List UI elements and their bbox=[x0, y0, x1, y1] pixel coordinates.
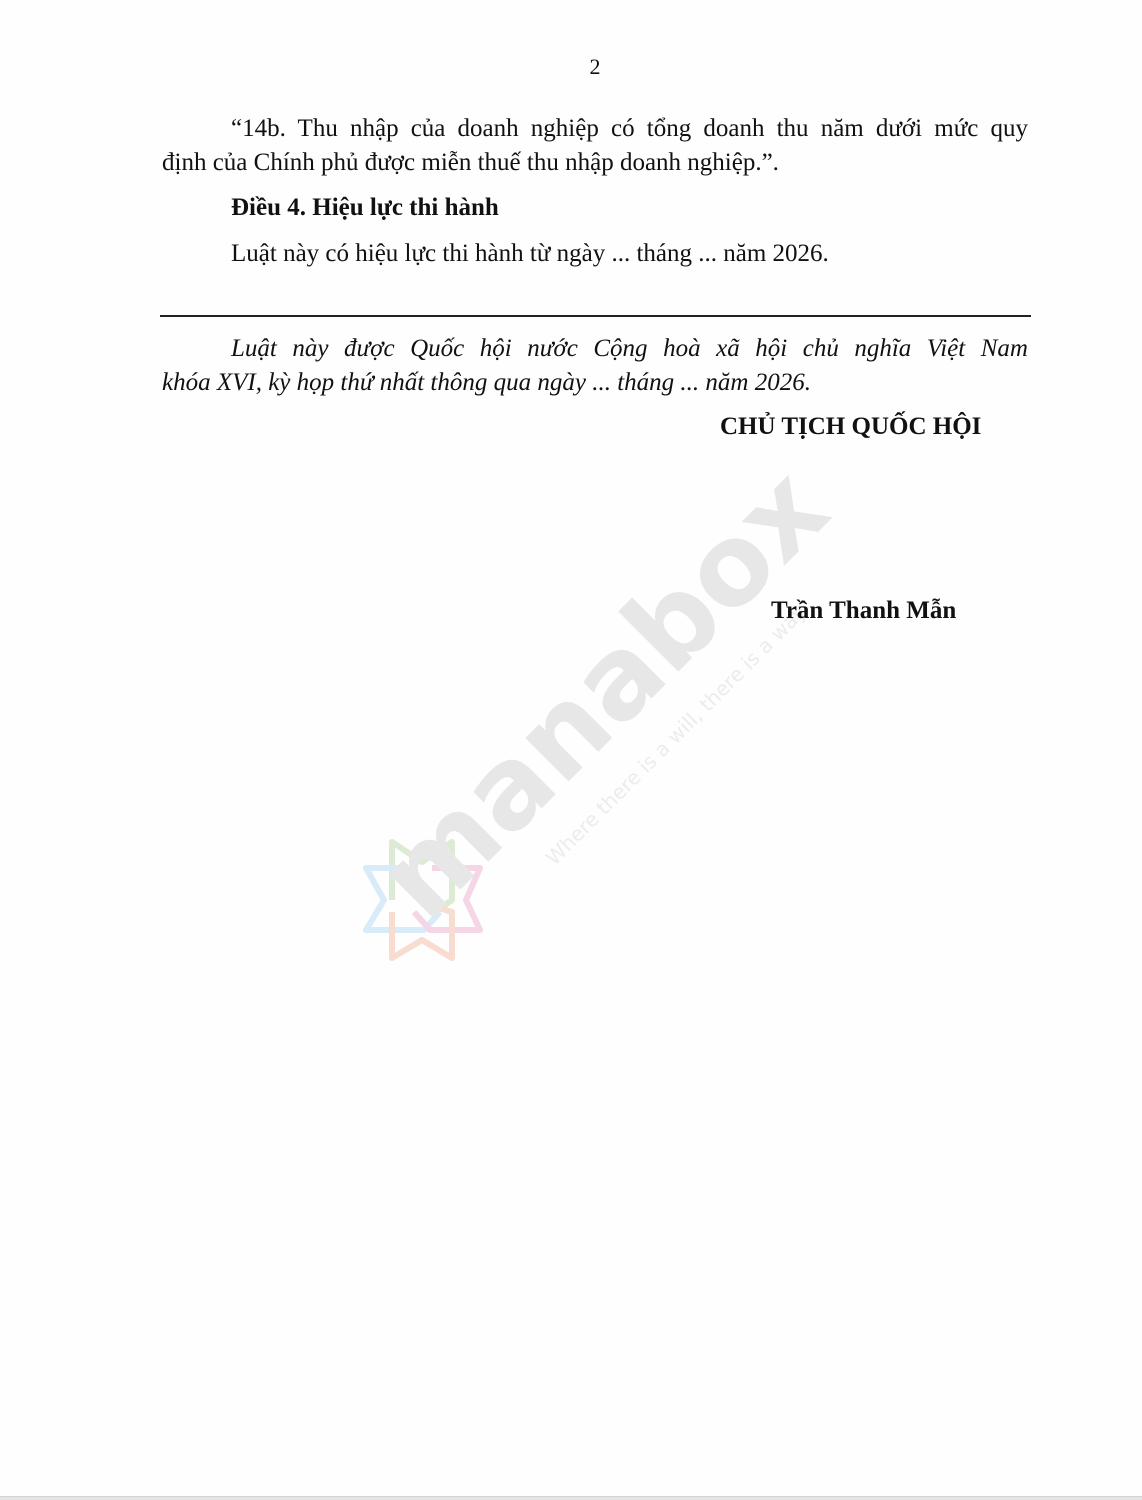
horizontal-rule bbox=[160, 315, 1031, 317]
adoption-note-line-2: khóa XVI, kỳ họp thứ nhất thông qua ngày… bbox=[162, 366, 1028, 400]
document-page bbox=[0, 0, 1142, 1496]
signer-title: CHỦ TỊCH QUỐC HỘI bbox=[720, 413, 981, 441]
article-4-heading: Điều 4. Hiệu lực thi hành bbox=[231, 194, 499, 222]
adoption-note-line-1: Luật này được Quốc hội nước Cộng hoà xã … bbox=[162, 332, 1028, 366]
page-number: 2 bbox=[0, 54, 1142, 80]
adoption-note: Luật này được Quốc hội nước Cộng hoà xã … bbox=[162, 332, 1028, 400]
page-bottom-edge bbox=[0, 1496, 1142, 1500]
clause-14b-line-2: định của Chính phủ được miễn thuế thu nh… bbox=[162, 146, 1028, 180]
article-4-body: Luật này có hiệu lực thi hành từ ngày ..… bbox=[231, 240, 829, 268]
clause-14b-line-1: “14b. Thu nhập của doanh nghiệp có tổng … bbox=[162, 112, 1028, 146]
signer-name: Trần Thanh Mẫn bbox=[771, 597, 956, 625]
clause-14b: “14b. Thu nhập của doanh nghiệp có tổng … bbox=[162, 112, 1028, 180]
